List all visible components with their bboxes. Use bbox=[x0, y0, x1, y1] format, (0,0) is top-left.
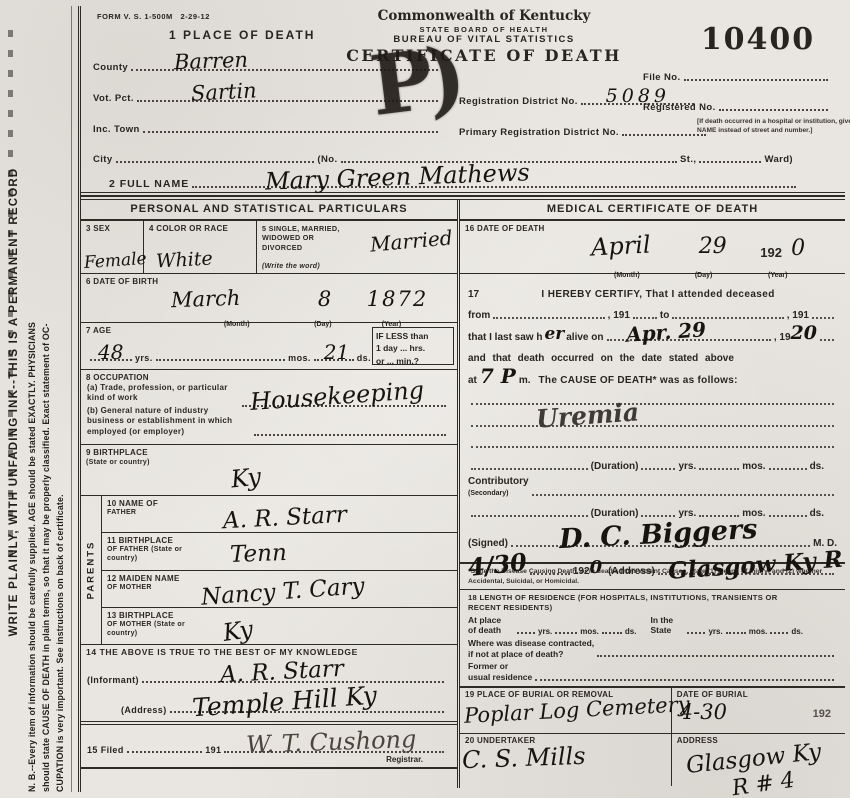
physician-address-label: (Address) bbox=[608, 566, 655, 577]
color-race-label: 4 COLOR OR RACE bbox=[149, 224, 228, 234]
informant-block: 14 THE ABOVE IS TRUE TO THE BEST OF MY K… bbox=[81, 645, 457, 725]
marital-label: 5 SINGLE, MARRIED, WIDOWED OR DIVORCED bbox=[262, 224, 352, 252]
sex-color-marital-row: 3 SEX Female 4 COLOR OR RACE White 5 SIN… bbox=[81, 221, 457, 274]
sex-value: Female bbox=[83, 251, 147, 272]
hour-hand: 7 P bbox=[480, 366, 516, 386]
certify-heading: I HEREBY CERTIFY, That I attended deceas… bbox=[541, 289, 774, 300]
former-line1: Former or bbox=[468, 661, 508, 671]
occupation-b-label: (b) General nature of industry business … bbox=[87, 406, 247, 437]
sex-cell: 3 SEX Female bbox=[81, 221, 144, 273]
age-ds-caption: ds. bbox=[357, 353, 371, 363]
last-saw-date-hand: Apr. 29 bbox=[626, 319, 707, 345]
occurred-line: and that death occurred on the date stat… bbox=[468, 343, 837, 365]
birthplace-value: Ky bbox=[230, 465, 262, 492]
registered-no-label: Registered No. bbox=[643, 102, 716, 113]
sex-label: 3 SEX bbox=[86, 224, 110, 234]
duration-line-2: (Duration) yrs. mos. ds. bbox=[468, 498, 837, 520]
duration1-lead-rule bbox=[471, 465, 588, 470]
filed-date-rule bbox=[127, 748, 202, 753]
marital-value: Married bbox=[370, 227, 454, 254]
age-yrs-value: 48 bbox=[98, 342, 123, 362]
physician-address-rule: Glasgow Ky R 4 bbox=[658, 570, 834, 575]
personal-column: PERSONAL AND STATISTICAL PARTICULARS 3 S… bbox=[81, 200, 460, 788]
marital-cell: 5 SINGLE, MARRIED, WIDOWED OR DIVORCED (… bbox=[257, 221, 457, 273]
contributory-label: Contributory bbox=[468, 476, 529, 487]
duration2-lead-rule bbox=[471, 512, 588, 517]
mother-name-row: 12 MAIDEN NAME OF MOTHER Nancy T. Cary bbox=[102, 571, 457, 608]
dob-label: 6 DATE OF BIRTH bbox=[86, 277, 158, 287]
duration1-rule-c bbox=[769, 465, 807, 470]
contracted-rule bbox=[597, 652, 834, 657]
signed-line: (Signed) D. C. Biggers M. D. bbox=[468, 519, 837, 549]
burial-year-printed: 192 bbox=[813, 708, 831, 720]
form-header: FORM V. S. 1-500M 2-29-12 1 PLACE OF DEA… bbox=[81, 6, 845, 196]
filed-row: 15 Filed 191 W. T. Cushong Registrar. bbox=[81, 725, 457, 769]
place-of-death-heading: 1 PLACE OF DEATH bbox=[169, 28, 315, 42]
registrar-signature: W. T. Cushong bbox=[246, 727, 417, 757]
to-year-rule bbox=[812, 314, 834, 319]
full-name-label: 2 FULL NAME bbox=[109, 178, 189, 190]
alive-on-label: alive on bbox=[566, 332, 603, 343]
margin-note-permanent-record: WRITE PLAINLY, WITH UNFADING INK--THIS I… bbox=[8, 12, 20, 792]
margin-note-line3: should state CAUSE OF DEATH in plain ter… bbox=[41, 12, 51, 792]
primary-registration-label: Primary Registration District No. bbox=[459, 127, 619, 138]
in-the-line2: State bbox=[650, 625, 671, 635]
informant-label: (Informant) bbox=[87, 675, 139, 685]
age-mos-caption: mos. bbox=[288, 353, 311, 363]
mother-name-value: Nancy T. Cary bbox=[201, 575, 366, 609]
signed-date-hand: 4/30 bbox=[467, 550, 528, 580]
occurred-text: and that death occurred on the date stat… bbox=[468, 353, 734, 364]
contracted-line1: Where was disease contracted, bbox=[468, 638, 594, 648]
burial-table: 19 PLACE OF BURIAL OR REMOVAL Poplar Log… bbox=[460, 688, 845, 786]
contracted-line: Where was disease contracted, if not at … bbox=[468, 638, 837, 659]
from-year-rule bbox=[633, 314, 657, 319]
signed-date-rule bbox=[530, 570, 570, 575]
color-race-value: White bbox=[156, 250, 214, 272]
age-yrs-caption: yrs. bbox=[135, 353, 153, 363]
parents-group: PARENTS 10 NAME OF FATHER A. R. Starr 11… bbox=[81, 496, 457, 645]
residence-block: 18 LENGTH OF RESIDENCE (FOR HOSPITALS, I… bbox=[460, 590, 845, 687]
cause-rule-2: Uremia bbox=[468, 407, 837, 429]
dod-month-value: April bbox=[590, 232, 651, 259]
dod-year-hand: 0 bbox=[791, 238, 805, 260]
informant-rule: A. R. Starr bbox=[142, 678, 444, 683]
dob-month-value: March bbox=[171, 288, 241, 311]
contributory-line: Contributory (Secondary) bbox=[468, 472, 837, 498]
form-code: FORM V. S. 1-500M 2-29-12 bbox=[97, 12, 210, 21]
last-saw-year-printed: , 19 bbox=[774, 332, 791, 343]
dob-year-value: 1872 bbox=[367, 289, 428, 310]
cause-rule-3 bbox=[468, 429, 837, 451]
age-row: 7 AGE 48 yrs. mos. 21 ds. bbox=[81, 323, 457, 370]
cause-value: Uremia bbox=[536, 399, 641, 431]
age-label: 7 AGE bbox=[86, 326, 111, 336]
state-board-title: STATE BOARD OF HEALTH bbox=[319, 25, 649, 34]
duration1-rule-b bbox=[699, 465, 739, 470]
dod-day-value: 29 bbox=[699, 236, 727, 258]
signed-rule: D. C. Biggers bbox=[511, 542, 810, 547]
duration1-ds: ds. bbox=[810, 461, 824, 472]
signed-label: (Signed) bbox=[468, 538, 508, 549]
res-yrs-2: yrs. bbox=[708, 627, 722, 636]
duration2-ds: ds. bbox=[810, 508, 824, 519]
former-line2: usual residence bbox=[468, 672, 532, 682]
physician-signature: D. C. Biggers bbox=[558, 516, 758, 553]
at-place-line1: At place bbox=[468, 615, 501, 625]
informant-address-rule: Temple Hill Ky bbox=[170, 708, 444, 713]
last-saw-pre: that I last saw h bbox=[468, 332, 542, 343]
birthplace-row: 9 BIRTHPLACE (State or country) Ky bbox=[81, 445, 457, 496]
residence-duration-line: At place of death yrs. mos. ds. In the S… bbox=[468, 615, 837, 636]
m-label: m. bbox=[519, 375, 531, 386]
if-less-line3: or ... min.? bbox=[376, 355, 450, 367]
county-value: Barren bbox=[174, 50, 249, 74]
res-ds-1: ds. bbox=[625, 627, 637, 636]
res-mos-1: mos. bbox=[580, 627, 599, 636]
file-no-rule bbox=[684, 76, 828, 81]
informant-value: A. R. Starr bbox=[220, 658, 345, 687]
form-code-number: FORM V. S. 1-500M bbox=[97, 12, 173, 21]
her-hand: er bbox=[544, 326, 564, 343]
precinct-value: Sartin bbox=[191, 80, 258, 104]
attended-from-line: from , 191 to , 191 bbox=[468, 300, 837, 322]
street-rule bbox=[699, 158, 761, 163]
left-column-filler bbox=[81, 769, 457, 788]
age-ds-value: 21 bbox=[324, 342, 349, 362]
informant-line: (Informant) A. R. Starr bbox=[87, 675, 447, 685]
registrar-label: Registrar. bbox=[386, 755, 423, 764]
personal-section-title: PERSONAL AND STATISTICAL PARTICULARS bbox=[81, 200, 457, 221]
color-race-cell: 4 COLOR OR RACE White bbox=[144, 221, 257, 273]
father-name-value: A. R. Starr bbox=[222, 504, 347, 533]
age-yrs-rule: 48 bbox=[90, 356, 132, 361]
primary-registration-rule bbox=[622, 131, 706, 136]
duration1-yrs: yrs. bbox=[678, 461, 696, 472]
margin-note-line4: CUPATION is very important. See instruct… bbox=[55, 12, 65, 792]
age-mos-rule bbox=[156, 356, 286, 361]
certificate-number: 10400 bbox=[673, 22, 843, 57]
res-rule-4 bbox=[687, 629, 705, 634]
res-mos-2: mos. bbox=[749, 627, 768, 636]
res-rule-1 bbox=[517, 629, 535, 634]
burial-date-value: 4-30 bbox=[680, 702, 727, 723]
undertaker-cell: 20 UNDERTAKER C. S. Mills bbox=[460, 734, 672, 786]
contributory-rule bbox=[532, 491, 834, 496]
signed-year-hand: 0 bbox=[590, 559, 603, 577]
duration1-label: (Duration) bbox=[591, 461, 639, 472]
from-year: , 191 bbox=[608, 310, 630, 321]
county-label: County bbox=[93, 62, 128, 73]
cause-dots-2: Uremia bbox=[471, 422, 834, 427]
duration2-label: (Duration) bbox=[591, 508, 639, 519]
occupation-row: 8 OCCUPATION (a) Trade, profession, or p… bbox=[81, 370, 457, 445]
occupation-a-label: (a) Trade, profession, or particular kin… bbox=[87, 383, 237, 404]
former-residence-line: Former or usual residence bbox=[468, 661, 837, 682]
informant-address-label: (Address) bbox=[121, 705, 167, 715]
occupation-a-rule: Housekeeping bbox=[242, 402, 446, 407]
file-no-field: File No. bbox=[643, 72, 831, 83]
street-label: St., bbox=[680, 154, 696, 165]
file-no-label: File No. bbox=[643, 72, 681, 83]
parents-label: PARENTS bbox=[86, 541, 97, 600]
res-rule-6 bbox=[770, 629, 788, 634]
at-label: at bbox=[468, 375, 477, 386]
dod-year-printed: 192 bbox=[760, 245, 782, 260]
medical-column: MEDICAL CERTIFICATE OF DEATH 16 DATE OF … bbox=[460, 200, 845, 788]
mother-name-sublabel: OF MOTHER bbox=[107, 583, 152, 592]
certify-number: 17 bbox=[468, 289, 479, 300]
res-ds-2: ds. bbox=[791, 627, 803, 636]
signed-year-printed: 192 bbox=[573, 566, 590, 577]
birthplace-sub-label: (State or country) bbox=[86, 458, 150, 467]
registration-district-label: Registration District No. bbox=[459, 96, 578, 107]
last-saw-year-hand: 20 bbox=[791, 324, 817, 343]
cause-dots-1 bbox=[471, 400, 834, 405]
father-birthplace-sublabel: OF FATHER (State or country) bbox=[107, 545, 197, 563]
registered-no-rule bbox=[719, 106, 828, 111]
undertaker-value: C. S. Mills bbox=[462, 743, 586, 771]
full-name-rule: Mary Green Mathews bbox=[192, 183, 796, 188]
date-of-death-row: 16 DATE OF DEATH April 29 192 0 (Month) … bbox=[460, 221, 845, 274]
father-birthplace-row: 11 BIRTHPLACE OF FATHER (State or countr… bbox=[102, 533, 457, 570]
undertaker-address-value: Glasgow Ky bbox=[685, 740, 822, 777]
filed-year-label: 191 bbox=[205, 745, 221, 755]
form-code-date: 2-29-12 bbox=[181, 12, 210, 21]
to-year: , 191 bbox=[787, 310, 809, 321]
city-label: City bbox=[93, 154, 113, 165]
dod-label: 16 DATE OF DEATH bbox=[465, 224, 545, 234]
date-of-birth-row: 6 DATE OF BIRTH March 8 1872 (Month) (Da… bbox=[81, 274, 457, 323]
full-name-field: 2 FULL NAME Mary Green Mathews bbox=[109, 178, 799, 190]
mother-birthplace-value: Ky bbox=[221, 617, 254, 645]
last-saw-rule: Apr. 29 bbox=[607, 336, 771, 341]
margin-divider-line bbox=[71, 6, 72, 792]
burial-date-cell: DATE OF BURIAL 4-30 192 bbox=[672, 688, 845, 734]
filed-label: 15 Filed bbox=[87, 745, 124, 755]
last-saw-year-rule bbox=[820, 336, 834, 341]
burial-place-cell: 19 PLACE OF BURIAL OR REMOVAL Poplar Log… bbox=[460, 688, 672, 734]
residence-label: 18 LENGTH OF RESIDENCE (FOR HOSPITALS, I… bbox=[468, 593, 798, 613]
duration2-rule-a bbox=[641, 512, 675, 517]
former-rule bbox=[535, 676, 834, 681]
res-rule-5 bbox=[726, 629, 746, 634]
if-less-box: IF LESS than 1 day ... hrs. or ... min.? bbox=[372, 327, 454, 365]
undertaker-address-cell: ADDRESS Glasgow Ky R # 4 bbox=[672, 734, 845, 786]
death-certificate-scan: WRITE PLAINLY, WITH UNFADING INK--THIS I… bbox=[0, 0, 850, 798]
registrar-stamp-p: P) bbox=[365, 29, 465, 135]
cause-intro: The CAUSE OF DEATH* was as follows: bbox=[539, 375, 738, 386]
mother-birthplace-row: 13 BIRTHPLACE OF MOTHER (State or countr… bbox=[102, 608, 457, 644]
age-ds-rule: 21 bbox=[314, 356, 354, 361]
certify-block: 17 I HEREBY CERTIFY, That I attended dec… bbox=[460, 274, 845, 564]
birthplace-label: 9 BIRTHPLACE bbox=[86, 448, 148, 458]
certify-heading-line: 17 I HEREBY CERTIFY, That I attended dec… bbox=[468, 278, 837, 300]
res-rule-2 bbox=[555, 629, 577, 634]
inc-town-label: Inc. Town bbox=[93, 124, 140, 135]
precinct-label: Vot. Pct. bbox=[93, 93, 134, 104]
filed-registrar-rule: W. T. Cushong bbox=[224, 748, 444, 753]
hour-cause-line: at 7 P m. The CAUSE OF DEATH* was as fol… bbox=[468, 364, 837, 386]
if-less-line2: 1 day ... hrs. bbox=[376, 342, 450, 354]
parents-rows: 10 NAME OF FATHER A. R. Starr 11 BIRTHPL… bbox=[102, 496, 457, 644]
father-name-row: 10 NAME OF FATHER A. R. Starr bbox=[102, 496, 457, 533]
margin-note-line2: N. B.--Every item of information should … bbox=[27, 12, 37, 792]
commonwealth-title: Commonwealth of Kentucky bbox=[319, 8, 649, 25]
filed-line: 15 Filed 191 W. T. Cushong bbox=[87, 745, 447, 755]
street-no-label: (No. bbox=[317, 154, 337, 165]
form-body: PERSONAL AND STATISTICAL PARTICULARS 3 S… bbox=[81, 196, 845, 788]
medical-section-title: MEDICAL CERTIFICATE OF DEATH bbox=[460, 200, 845, 221]
mother-birthplace-sublabel: OF MOTHER (State or country) bbox=[107, 620, 197, 638]
from-label: from bbox=[468, 310, 490, 321]
hospital-note: [If death occurred in a hospital or inst… bbox=[697, 118, 850, 136]
burial-date-label: DATE OF BURIAL bbox=[677, 690, 840, 700]
registered-no-field: Registered No. bbox=[643, 102, 831, 113]
duration-line-1: (Duration) yrs. mos. ds. bbox=[468, 450, 837, 472]
city-rule bbox=[116, 158, 315, 163]
res-yrs-1: yrs. bbox=[538, 627, 552, 636]
ward-label: Ward) bbox=[764, 154, 793, 165]
in-the-line1: In the bbox=[650, 615, 673, 625]
res-rule-3 bbox=[602, 629, 622, 634]
father-name-sublabel: FATHER bbox=[107, 508, 136, 517]
duration1-rule-a bbox=[641, 465, 675, 470]
full-name-value: Mary Green Mathews bbox=[264, 160, 529, 193]
from-rule bbox=[493, 314, 604, 319]
secondary-label: (Secondary) bbox=[468, 490, 508, 497]
marital-sub-label: (Write the word) bbox=[262, 262, 320, 271]
duration2-rule-c bbox=[769, 512, 807, 517]
cause-dots-3 bbox=[471, 443, 834, 448]
occupation-value: Housekeeping bbox=[250, 378, 425, 414]
occupation-b-rule bbox=[254, 431, 446, 436]
contracted-line2: if not at place of death? bbox=[468, 649, 563, 659]
if-less-line1: IF LESS than bbox=[376, 330, 450, 342]
age-line: 48 yrs. mos. 21 ds. bbox=[87, 353, 371, 363]
undertaker-address-value-2: R # 4 bbox=[731, 769, 796, 798]
cause-rule-1 bbox=[468, 386, 837, 408]
last-saw-line: that I last saw h er alive on Apr. 29 , … bbox=[468, 321, 837, 343]
occupation-label: 8 OCCUPATION bbox=[86, 373, 149, 383]
parents-vertical-cell: PARENTS bbox=[81, 496, 102, 644]
father-birthplace-value: Tenn bbox=[229, 542, 287, 567]
at-place-line2: of death bbox=[468, 625, 501, 635]
certificate-form: FORM V. S. 1-500M 2-29-12 1 PLACE OF DEA… bbox=[78, 6, 845, 792]
dob-day-value: 8 bbox=[318, 289, 331, 310]
duration1-mos: mos. bbox=[742, 461, 765, 472]
informant-address-line: (Address) Temple Hill Ky bbox=[121, 705, 447, 715]
primary-registration-field: Primary Registration District No. bbox=[459, 127, 709, 138]
informant-address-value: Temple Hill Ky bbox=[191, 683, 377, 721]
signed-date-line: 4/30 192 0 (Address) Glasgow Ky R 4 bbox=[468, 549, 837, 577]
